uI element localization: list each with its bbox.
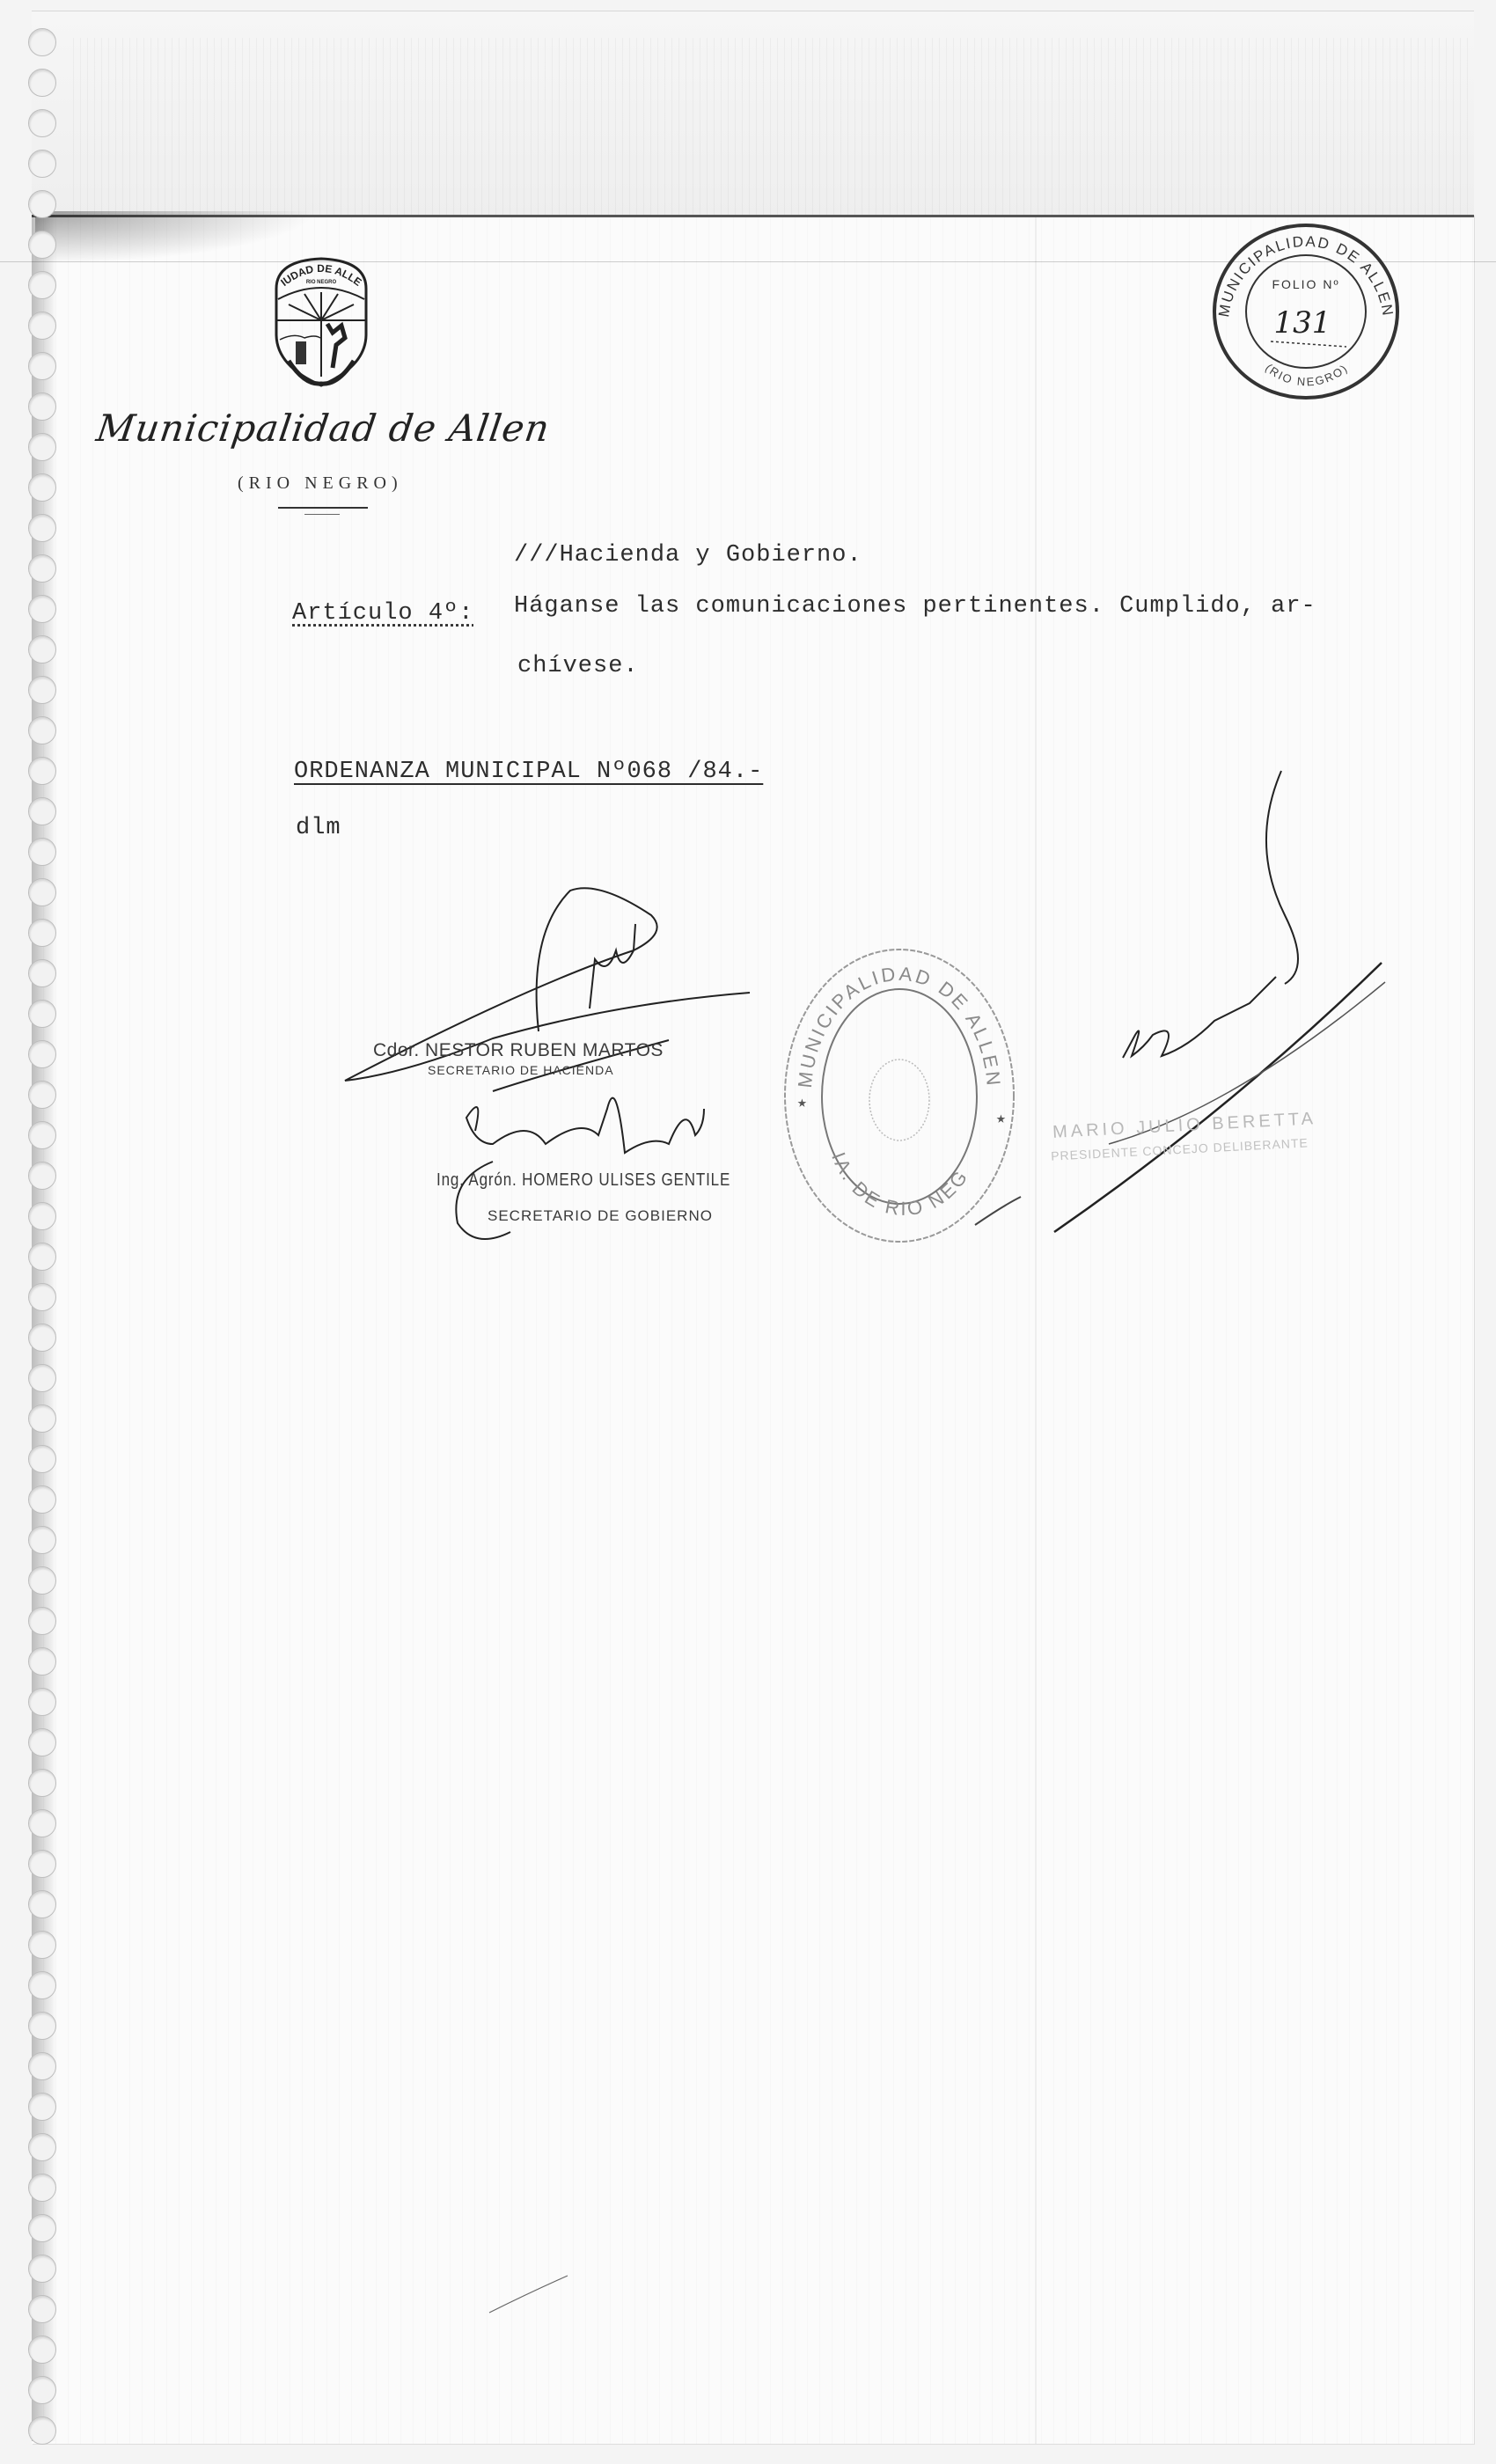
binding-hole bbox=[28, 2133, 56, 2161]
svg-text:MUNICIPALIDAD DE ALLEN: MUNICIPALIDAD DE ALLEN bbox=[794, 963, 1005, 1089]
binding-hole bbox=[28, 1647, 56, 1676]
svg-text:★: ★ bbox=[996, 1111, 1006, 1128]
binding-hole bbox=[28, 838, 56, 866]
binding-hole bbox=[28, 2093, 56, 2121]
binding-hole bbox=[28, 1243, 56, 1271]
binding-holes bbox=[28, 28, 58, 2448]
binding-hole bbox=[28, 69, 56, 97]
folio-number: 131 bbox=[1274, 305, 1331, 341]
council-seal-stamp: MUNICIPALIDAD DE ALLEN PCIA. DE RIO NEGR… bbox=[778, 942, 1021, 1250]
typist-initials: dlm bbox=[296, 815, 341, 841]
binding-hole bbox=[28, 271, 56, 299]
binding-hole bbox=[28, 1809, 56, 1837]
binding-hole bbox=[28, 28, 56, 56]
binding-hole bbox=[28, 1445, 56, 1473]
signatory-1-name: Cdor. NESTOR RUBEN MARTOS bbox=[373, 1040, 664, 1061]
article-label: Artículo 4º: bbox=[292, 600, 473, 627]
binding-hole bbox=[28, 1688, 56, 1716]
binding-hole bbox=[28, 231, 56, 259]
binding-hole bbox=[28, 1202, 56, 1230]
binding-hole bbox=[28, 797, 56, 825]
binding-hole bbox=[28, 757, 56, 785]
binding-hole bbox=[28, 1283, 56, 1311]
binding-hole bbox=[28, 1000, 56, 1028]
binding-hole bbox=[28, 554, 56, 583]
folio-stamp: MUNICIPALIDAD DE ALLEN (RIO NEGRO) FOLIO… bbox=[1207, 218, 1404, 405]
binding-hole bbox=[28, 514, 56, 542]
binding-hole bbox=[28, 595, 56, 623]
binding-hole bbox=[28, 1404, 56, 1433]
continuation-line: ///Hacienda y Gobierno. bbox=[514, 542, 862, 568]
binding-hole bbox=[28, 1526, 56, 1554]
signatory-1-title: SECRETARIO DE HACIENDA bbox=[428, 1063, 614, 1077]
svg-text:(RIO NEGRO): (RIO NEGRO) bbox=[1263, 361, 1351, 388]
svg-text:FOLIO Nº: FOLIO Nº bbox=[1272, 277, 1339, 291]
binding-hole bbox=[28, 919, 56, 947]
binding-hole bbox=[28, 473, 56, 502]
binding-hole bbox=[28, 1485, 56, 1514]
binding-hole bbox=[28, 1364, 56, 1392]
binding-hole bbox=[28, 2255, 56, 2283]
binding-hole bbox=[28, 109, 56, 137]
binding-hole bbox=[28, 1607, 56, 1635]
municipal-crest-icon: CIUDAD DE ALLEN RIO NEGRO bbox=[269, 253, 373, 387]
binding-hole bbox=[28, 1890, 56, 1918]
binding-hole bbox=[28, 1769, 56, 1797]
binding-hole bbox=[28, 150, 56, 178]
previous-page-edge bbox=[32, 11, 1474, 223]
binding-hole bbox=[28, 1971, 56, 1999]
article-text-line2: chívese. bbox=[517, 653, 639, 679]
binding-hole bbox=[28, 2174, 56, 2202]
binding-hole bbox=[28, 352, 56, 380]
binding-hole bbox=[28, 1850, 56, 1878]
binding-hole bbox=[28, 878, 56, 906]
binding-hole bbox=[28, 2416, 56, 2445]
binding-hole bbox=[28, 2214, 56, 2242]
organization-region: (RIO NEGRO) bbox=[238, 473, 403, 494]
binding-hole bbox=[28, 716, 56, 744]
ordinance-number: ORDENANZA MUNICIPAL Nº068 /84.- bbox=[294, 759, 763, 785]
letterhead-rule-short bbox=[304, 514, 340, 515]
binding-hole bbox=[28, 2376, 56, 2404]
binding-hole bbox=[28, 312, 56, 340]
binding-hole bbox=[28, 1566, 56, 1595]
svg-text:RIO NEGRO: RIO NEGRO bbox=[306, 280, 337, 285]
binding-hole bbox=[28, 1324, 56, 1352]
binding-hole bbox=[28, 190, 56, 218]
binding-hole bbox=[28, 1728, 56, 1756]
signatory-2-title: SECRETARIO DE GOBIERNO bbox=[488, 1207, 713, 1225]
binding-hole bbox=[28, 433, 56, 461]
binding-hole bbox=[28, 1040, 56, 1068]
binding-hole bbox=[28, 2295, 56, 2323]
article-text-line1: Háganse las comunicaciones pertinentes. … bbox=[514, 593, 1316, 620]
binding-hole bbox=[28, 635, 56, 664]
binding-hole bbox=[28, 1931, 56, 1959]
letterhead-rule bbox=[278, 507, 368, 509]
binding-hole bbox=[28, 1162, 56, 1190]
organization-name: Municipalidad de Allen bbox=[94, 407, 593, 450]
binding-hole bbox=[28, 959, 56, 987]
svg-text:★: ★ bbox=[797, 1095, 807, 1112]
binding-hole bbox=[28, 2336, 56, 2364]
binding-hole bbox=[28, 1121, 56, 1149]
binding-hole bbox=[28, 676, 56, 704]
binding-hole bbox=[28, 1081, 56, 1109]
binding-hole bbox=[28, 2052, 56, 2080]
signatory-2-name: Ing. Agrón. HOMERO ULISES GENTILE bbox=[436, 1170, 730, 1191]
binding-hole bbox=[28, 2012, 56, 2040]
binding-hole bbox=[28, 392, 56, 421]
